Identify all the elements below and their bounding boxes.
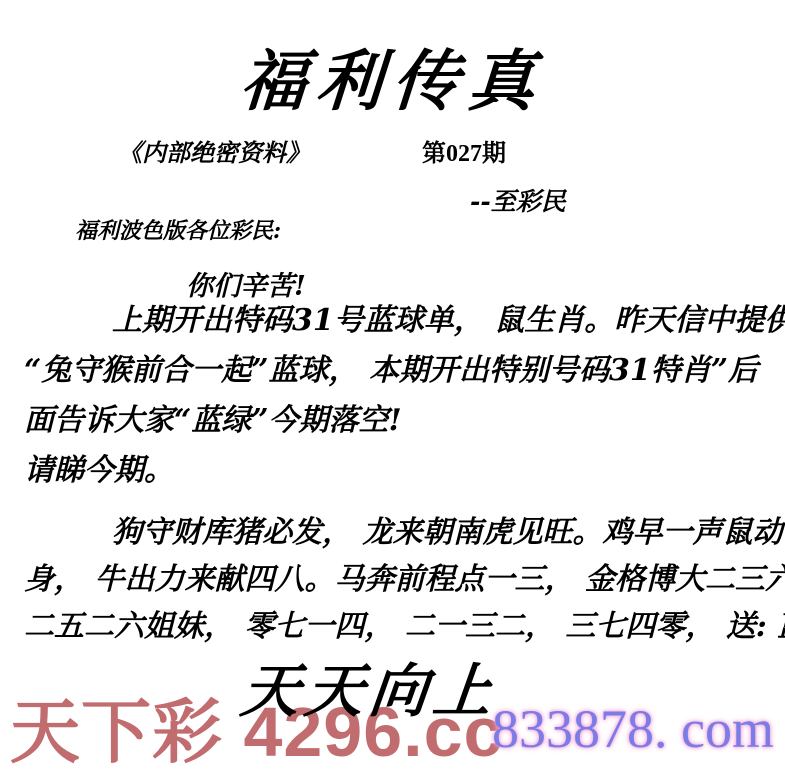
body-line: 上期开出特码31号蓝球单， 鼠生肖。昨天信中提供 bbox=[24, 302, 775, 352]
document-title: 福利传真 bbox=[237, 28, 548, 123]
watermark-site-red: 天下彩 4296.cc bbox=[10, 676, 503, 772]
body-line: “兔守猴前合一起”蓝球， 本期开出特别号码31特肖”后 bbox=[24, 352, 775, 402]
classified-label: 《内部绝密资料》 bbox=[118, 133, 310, 168]
issue-number: 第027期 bbox=[422, 133, 506, 168]
greeting-line: 你们辛苦! bbox=[186, 264, 306, 303]
body-line: 身， 牛出力来献四八。马奔前程点一三， 金格博大二三六。 bbox=[24, 561, 775, 608]
paragraph-tips-verse: 狗守财库猪必发， 龙来朝南虎见旺。鸡早一声鼠动 身， 牛出力来献四八。马奔前程点… bbox=[24, 514, 775, 655]
watermark-site-blue: 833878. com bbox=[492, 698, 774, 760]
body-line: 狗守财库猪必发， 龙来朝南虎见旺。鸡早一声鼠动 bbox=[24, 514, 775, 561]
paragraph-previous-draw: 上期开出特码31号蓝球单， 鼠生肖。昨天信中提供 “兔守猴前合一起”蓝球， 本期… bbox=[24, 302, 775, 502]
salutation-line: 福利波色版各位彩民: bbox=[75, 214, 281, 245]
body-line: 请睇今期。 bbox=[24, 452, 775, 502]
body-line: 面告诉大家“蓝绿”今期落空! bbox=[24, 402, 775, 452]
attribution-line: --至彩民 bbox=[470, 182, 566, 218]
